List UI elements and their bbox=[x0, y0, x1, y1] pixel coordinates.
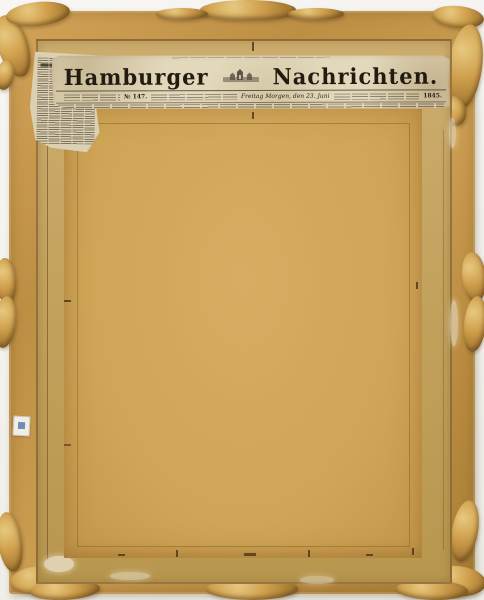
inventory-label bbox=[12, 416, 30, 437]
gesso-patch bbox=[44, 556, 74, 572]
frame-ornament-top-center-crest bbox=[288, 8, 344, 20]
gesso-patch bbox=[110, 572, 150, 580]
issue-info-row: № 147. Freitag Morgen, den 23. Juni 1845… bbox=[52, 91, 450, 101]
masthead-title-right: Nachrichten. bbox=[273, 64, 439, 87]
backing-board bbox=[64, 109, 422, 558]
nail-mark bbox=[366, 554, 373, 556]
newsprint-lines bbox=[64, 94, 120, 100]
nail-mark bbox=[416, 282, 418, 289]
label-stamp-mark bbox=[18, 422, 25, 429]
issue-year: 1845. bbox=[423, 92, 442, 99]
frame-ornament-top-center-crest bbox=[200, 0, 296, 20]
nail-mark bbox=[252, 42, 254, 51]
masthead-title-left: Hamburger bbox=[64, 65, 209, 88]
issue-number: № 147. bbox=[124, 93, 147, 100]
issue-date: Freitag Morgen, den 23. Juni bbox=[241, 93, 330, 100]
nail-mark bbox=[176, 550, 178, 557]
scored-line bbox=[77, 123, 410, 547]
newsprint-lines bbox=[172, 57, 330, 60]
photo-background: Hamburger Nachrichten. № 147. Frei bbox=[0, 0, 484, 600]
newsprint-lines bbox=[151, 94, 237, 100]
gesso-patch bbox=[449, 118, 456, 148]
newspaper-masthead: Hamburger Nachrichten. № 147. Frei bbox=[52, 54, 450, 109]
masthead-title: Hamburger Nachrichten. bbox=[52, 62, 450, 89]
newsprint-lines bbox=[334, 93, 420, 99]
wood-crack-line bbox=[47, 120, 48, 560]
nail-mark bbox=[118, 554, 125, 556]
frame-ornament-top-center-crest bbox=[156, 8, 208, 20]
hamburg-crest-icon bbox=[219, 68, 263, 84]
nail-mark bbox=[412, 548, 414, 555]
gesso-patch bbox=[450, 300, 458, 346]
wood-crack-line bbox=[443, 130, 444, 550]
nail-mark bbox=[64, 300, 71, 302]
nail-mark bbox=[244, 553, 256, 556]
nail-mark bbox=[308, 550, 310, 557]
nail-mark bbox=[64, 444, 71, 446]
nail-mark bbox=[252, 112, 254, 119]
gesso-patch bbox=[300, 576, 334, 584]
